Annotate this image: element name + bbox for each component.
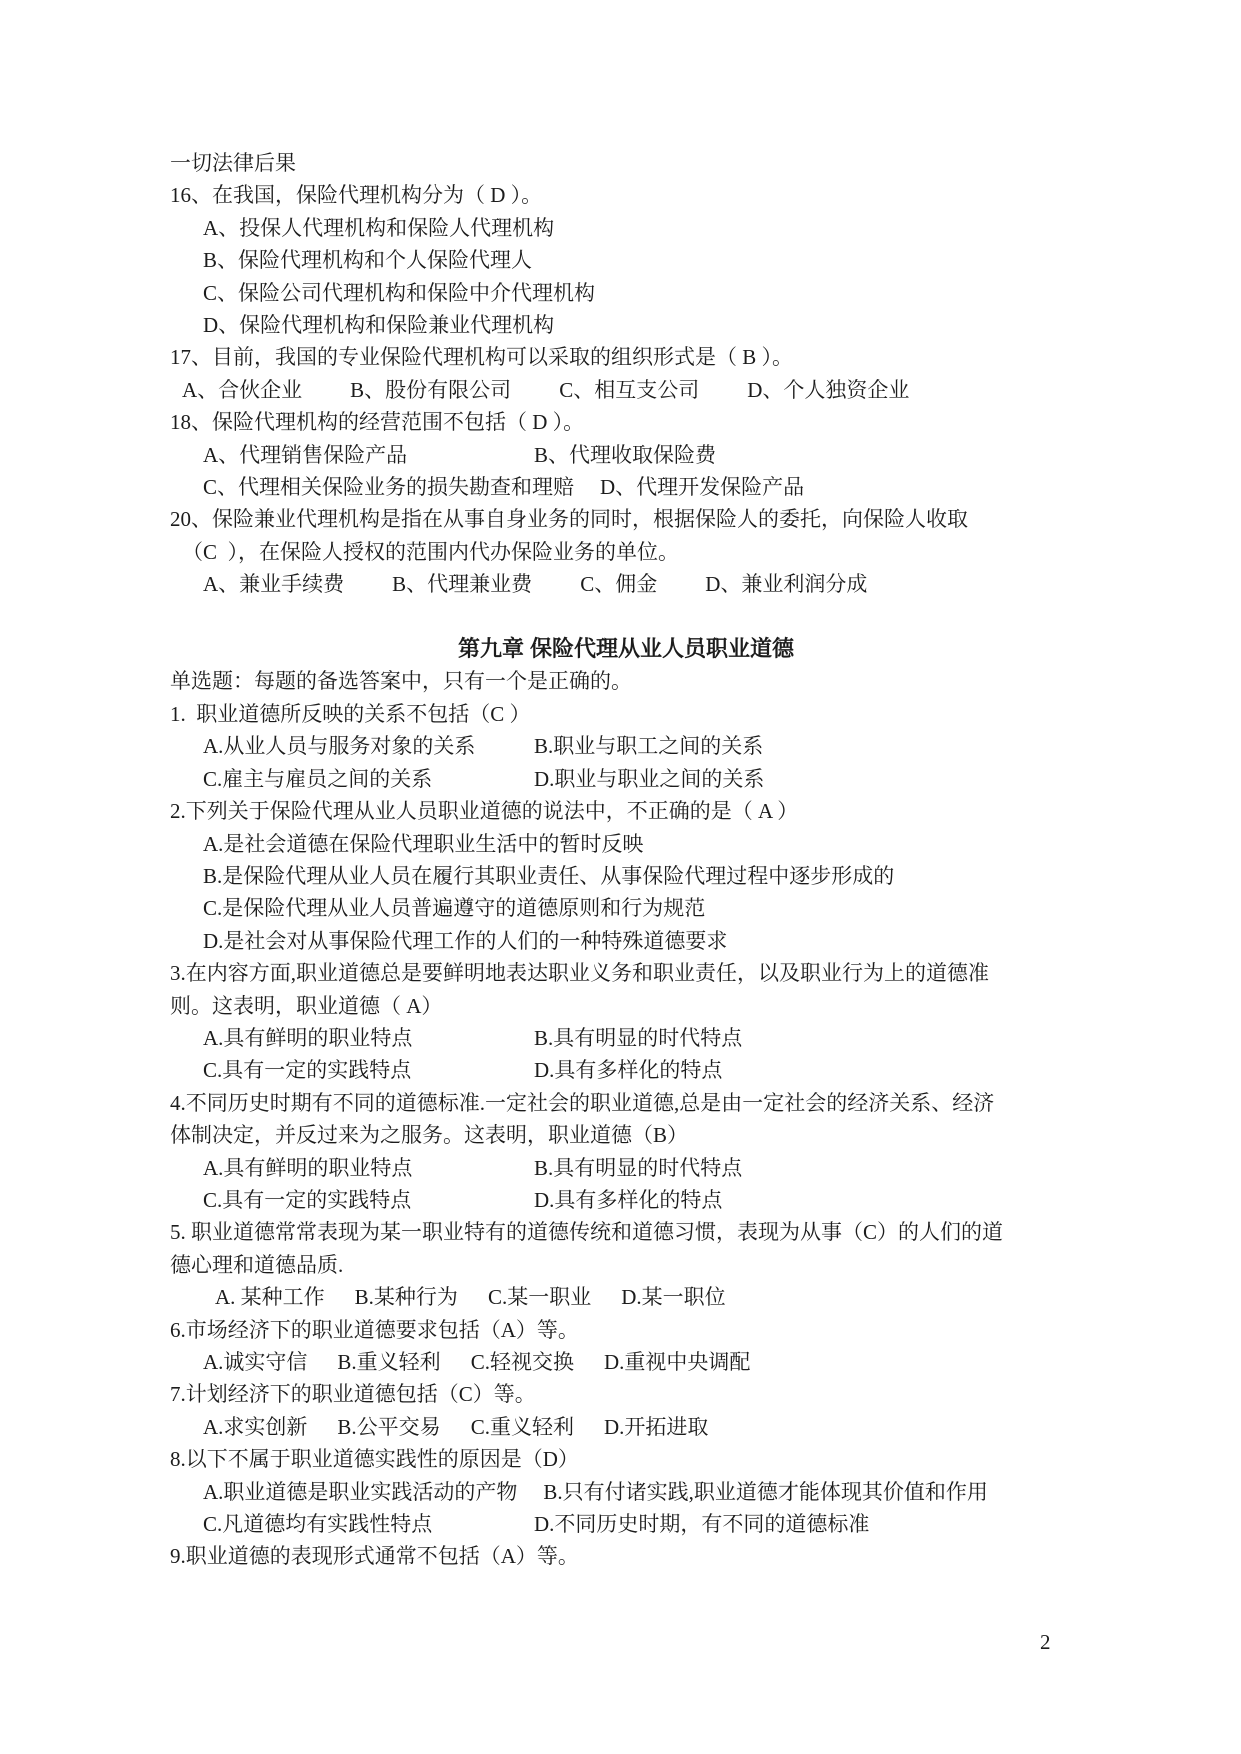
document-line: C.雇主与雇员之间的关系D.职业与职业之间的关系 [170, 763, 1082, 795]
option-item: A.具有鲜明的职业特点 [203, 1152, 508, 1184]
option-item: A.具有鲜明的职业特点 [203, 1022, 508, 1054]
option-item: D.职业与职业之间的关系 [534, 763, 764, 795]
document-line: C.是保险代理从业人员普遍遵守的道德原则和行为规范 [170, 892, 1082, 924]
document-line: 4.不同历史时期有不同的道德标准.一定社会的职业道德,总是由一定社会的经济关系、… [170, 1087, 1082, 1119]
document-line: 德心理和道德品质. [170, 1249, 1082, 1281]
document-line: 1. 职业道德所反映的关系不包括（C ） [170, 698, 1082, 730]
option-item: C.具有一定的实践特点 [203, 1184, 508, 1216]
document-line: A、投保人代理机构和保险人代理机构 [170, 212, 1082, 244]
document-line: B.是保险代理从业人员在履行其职业责任、从事保险代理过程中逐步形成的 [170, 860, 1082, 892]
option-item: C.雇主与雇员之间的关系 [203, 763, 508, 795]
document-line: A.求实创新B.公平交易C.重义轻利D.开拓进取 [170, 1411, 1082, 1443]
option-item: C.某一职业 [488, 1281, 591, 1313]
document-line: D.是社会对从事保险代理工作的人们的一种特殊道德要求 [170, 925, 1082, 957]
document-line: A.职业道德是职业实践活动的产物B.只有付诸实践,职业道德才能体现其价值和作用 [170, 1476, 1082, 1508]
option-item: D.某一职位 [621, 1281, 725, 1313]
document-line: A、合伙企业B、股份有限公司C、相互支公司D、个人独资企业 [170, 374, 1082, 406]
document-line: 20、保险兼业代理机构是指在从事自身业务的同时，根据保险人的委托，向保险人收取 [170, 503, 1082, 535]
option-item: D、个人独资企业 [747, 374, 909, 406]
document-line: A.具有鲜明的职业特点B.具有明显的时代特点 [170, 1152, 1082, 1184]
option-item: B.公平交易 [337, 1411, 440, 1443]
option-item: C.凡道德均有实践性特点 [203, 1508, 508, 1540]
option-item: A、合伙企业 [182, 374, 302, 406]
document-line: 则。这表明，职业道德（ A） [170, 990, 1082, 1022]
document-line: A.是社会道德在保险代理职业生活中的暂时反映 [170, 828, 1082, 860]
option-item: B、代理收取保险费 [534, 439, 716, 471]
document-line: 9.职业道德的表现形式通常不包括（A）等。 [170, 1540, 1082, 1572]
option-item: C.重义轻利 [471, 1411, 574, 1443]
document-line: C、代理相关保险业务的损失勘查和理赔D、代理开发保险产品 [170, 471, 1082, 503]
option-item: B.具有明显的时代特点 [534, 1152, 742, 1184]
option-item: D、代理开发保险产品 [600, 471, 804, 503]
document-page: 一切法律后果16、在我国，保险代理机构分为（ D ）。A、投保人代理机构和保险人… [0, 0, 1241, 1754]
document-line: C.具有一定的实践特点D.具有多样化的特点 [170, 1184, 1082, 1216]
option-item: B.具有明显的时代特点 [534, 1022, 742, 1054]
document-line: 16、在我国，保险代理机构分为（ D ）。 [170, 179, 1082, 211]
option-item: C、代理相关保险业务的损失勘查和理赔 [203, 471, 574, 503]
option-item: A.从业人员与服务对象的关系 [203, 730, 508, 762]
option-item: B.重义轻利 [337, 1346, 440, 1378]
option-item: A.诚实守信 [203, 1346, 307, 1378]
document-line: 单选题：每题的备选答案中，只有一个是正确的。 [170, 665, 1082, 697]
document-line: A. 某种工作B.某种行为C.某一职业D.某一职位 [170, 1281, 1082, 1313]
option-item: C、佣金 [580, 568, 657, 600]
document-line: C.凡道德均有实践性特点D.不同历史时期，有不同的道德标准 [170, 1508, 1082, 1540]
option-item: C.轻视交换 [471, 1346, 574, 1378]
page-number: 2 [1040, 1626, 1051, 1658]
option-item: A.求实创新 [203, 1411, 307, 1443]
option-item: A、代理销售保险产品 [203, 439, 508, 471]
document-line: 一切法律后果 [170, 147, 1082, 179]
document-line: （C ），在保险人授权的范围内代办保险业务的单位。 [170, 536, 1082, 568]
document-line: 5. 职业道德常常表现为某一职业特有的道德传统和道德习惯，表现为从事（C）的人们… [170, 1216, 1082, 1248]
option-item: B.职业与职工之间的关系 [534, 730, 763, 762]
option-item: B、代理兼业费 [392, 568, 532, 600]
document-content: 一切法律后果16、在我国，保险代理机构分为（ D ）。A、投保人代理机构和保险人… [170, 147, 1082, 1573]
option-item: D.不同历史时期，有不同的道德标准 [534, 1508, 869, 1540]
option-item: D.开拓进取 [604, 1411, 708, 1443]
option-item: A.职业道德是职业实践活动的产物 [203, 1476, 517, 1508]
option-item: D.具有多样化的特点 [534, 1184, 722, 1216]
document-line: 7.计划经济下的职业道德包括（C）等。 [170, 1378, 1082, 1410]
option-item: C.具有一定的实践特点 [203, 1054, 508, 1086]
blank-line [170, 601, 1082, 633]
document-line: A.具有鲜明的职业特点B.具有明显的时代特点 [170, 1022, 1082, 1054]
document-line: D、保险代理机构和保险兼业代理机构 [170, 309, 1082, 341]
option-item: A、兼业手续费 [203, 568, 344, 600]
document-line: A.从业人员与服务对象的关系B.职业与职工之间的关系 [170, 730, 1082, 762]
option-item: A. 某种工作 [215, 1281, 325, 1313]
option-item: D、兼业利润分成 [705, 568, 867, 600]
document-line: B、保险代理机构和个人保险代理人 [170, 244, 1082, 276]
document-line: C.具有一定的实践特点D.具有多样化的特点 [170, 1054, 1082, 1086]
option-item: B、股份有限公司 [350, 374, 511, 406]
document-line: 6.市场经济下的职业道德要求包括（A）等。 [170, 1314, 1082, 1346]
document-line: C、保险公司代理机构和保险中介代理机构 [170, 277, 1082, 309]
document-line: 17、目前，我国的专业保险代理机构可以采取的组织形式是（ B ）。 [170, 341, 1082, 373]
chapter-heading: 第九章 保险代理从业人员职业道德 [170, 633, 1082, 665]
document-line: 18、保险代理机构的经营范围不包括（ D ）。 [170, 406, 1082, 438]
document-line: A、代理销售保险产品B、代理收取保险费 [170, 439, 1082, 471]
document-line: A.诚实守信B.重义轻利C.轻视交换D.重视中央调配 [170, 1346, 1082, 1378]
option-item: C、相互支公司 [559, 374, 699, 406]
document-line: 2.下列关于保险代理从业人员职业道德的说法中，不正确的是（ A ） [170, 795, 1082, 827]
option-item: D.具有多样化的特点 [534, 1054, 722, 1086]
option-item: B.只有付诸实践,职业道德才能体现其价值和作用 [543, 1476, 988, 1508]
option-item: B.某种行为 [355, 1281, 458, 1313]
document-line: A、兼业手续费B、代理兼业费C、佣金D、兼业利润分成 [170, 568, 1082, 600]
option-item: D.重视中央调配 [604, 1346, 750, 1378]
document-line: 体制决定，并反过来为之服务。这表明，职业道德（B） [170, 1119, 1082, 1151]
document-line: 3.在内容方面,职业道德总是要鲜明地表达职业义务和职业责任，以及职业行为上的道德… [170, 957, 1082, 989]
document-line: 8.以下不属于职业道德实践性的原因是（D） [170, 1443, 1082, 1475]
